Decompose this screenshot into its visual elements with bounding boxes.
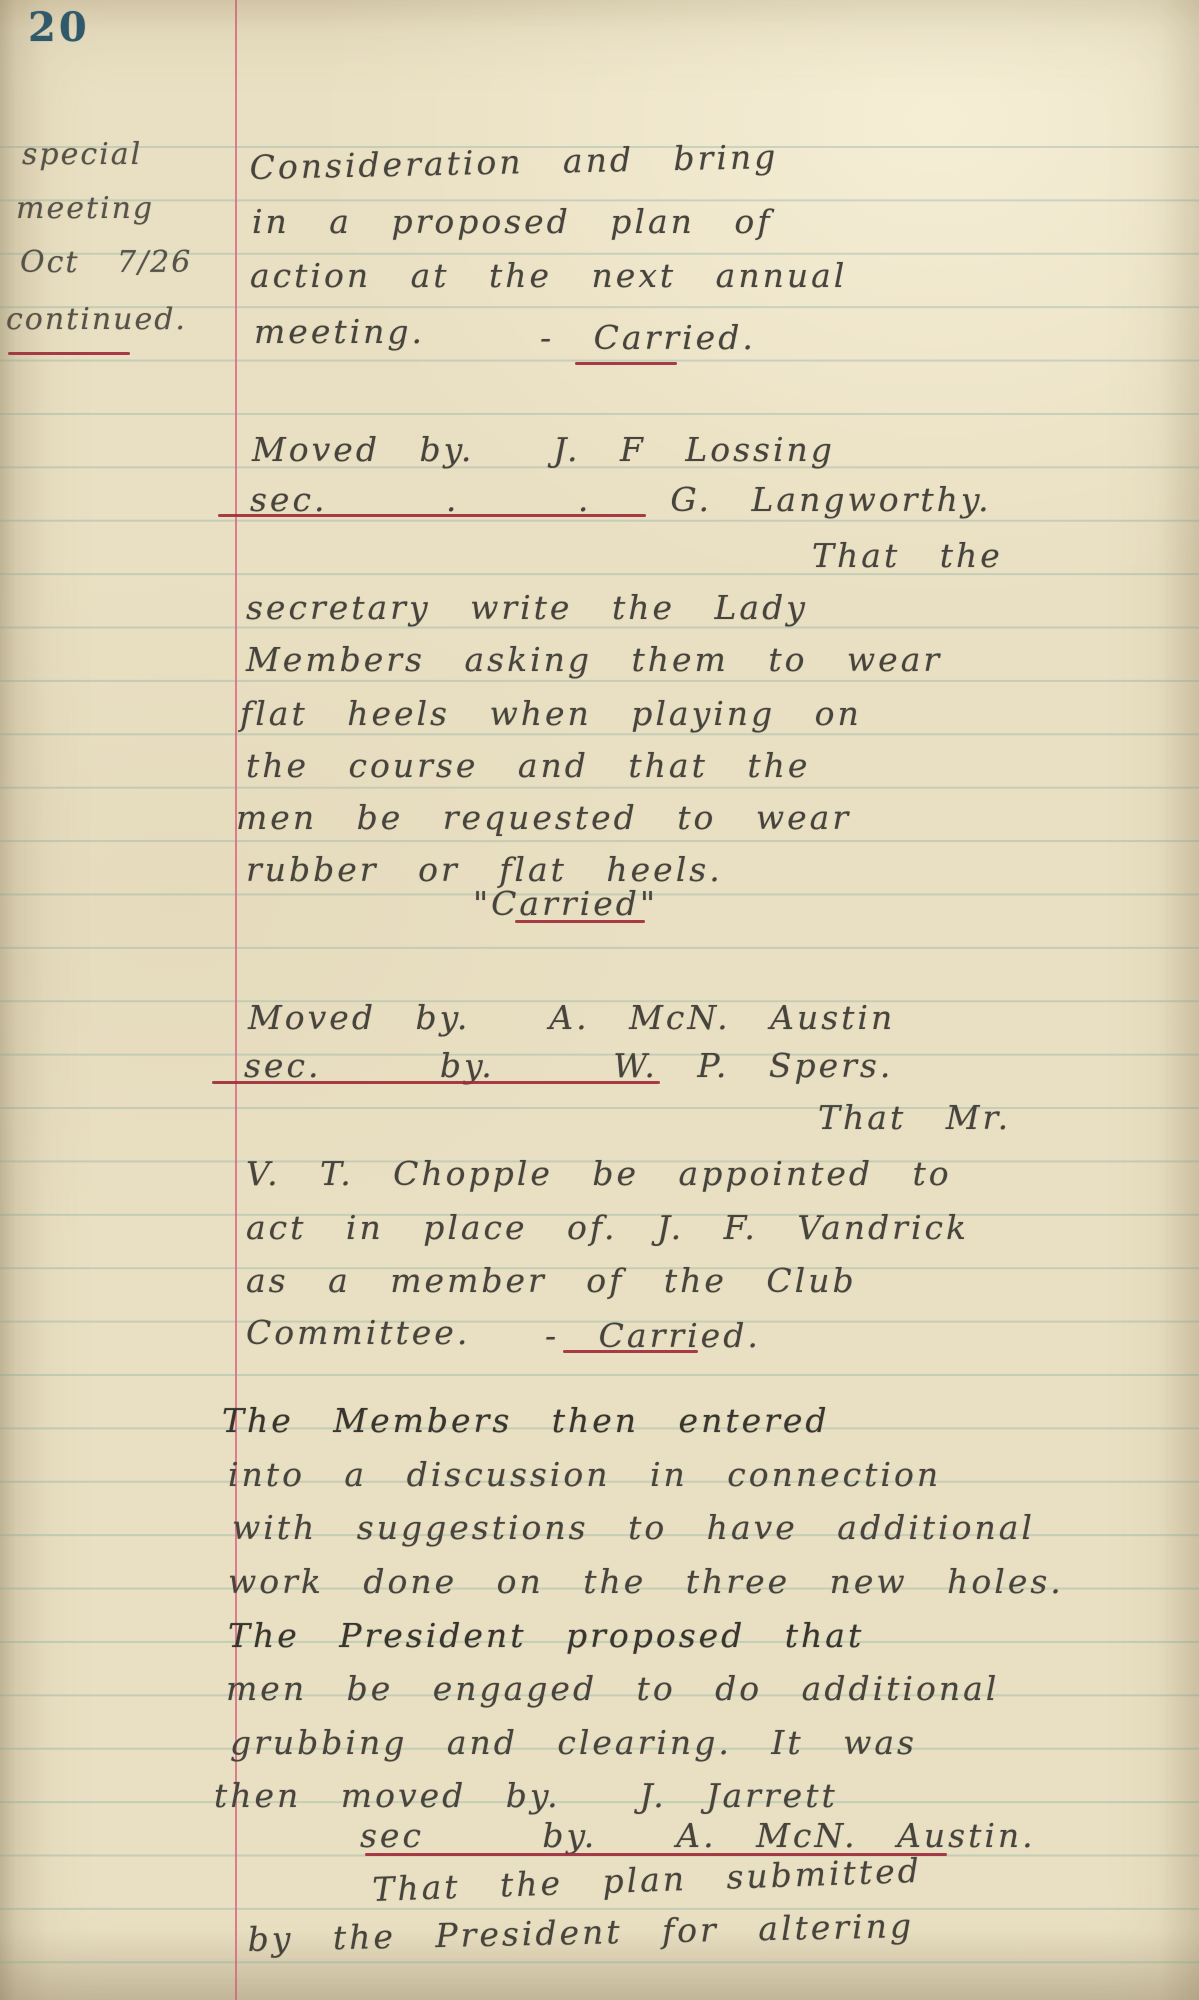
motion-result: - Carried. xyxy=(540,320,756,356)
red-underline xyxy=(218,514,646,517)
moved-by-line: Moved by. A. McN. Austin xyxy=(248,1000,895,1036)
handwritten-line: The Members then entered xyxy=(222,1403,830,1439)
red-underline xyxy=(515,920,645,923)
handwritten-line: men be requested to wear xyxy=(236,800,851,836)
handwritten-line: with suggestions to have additional xyxy=(232,1510,1035,1546)
margin-note-line: continued. xyxy=(6,303,187,336)
handwritten-line: Committee. xyxy=(246,1315,470,1351)
handwritten-line: That the plan submitted xyxy=(372,1853,923,1908)
motion-result: - Carried. xyxy=(545,1318,761,1354)
red-underline xyxy=(563,1350,698,1353)
handwritten-line: Consideration and bring xyxy=(249,139,778,186)
motion-result: "Carried" xyxy=(473,886,658,922)
handwritten-line: by the President for altering xyxy=(247,1908,914,1958)
handwritten-line: That the xyxy=(812,538,1003,574)
handwritten-line: grubbing and clearing. It was xyxy=(230,1725,917,1761)
margin-note-line: Oct 7/26 xyxy=(20,246,192,279)
red-underline xyxy=(8,352,130,355)
handwritten-line: The President proposed that xyxy=(228,1618,864,1654)
handwritten-line: the course and that the xyxy=(246,748,810,784)
ledger-page: 20 special meeting Oct 7/26 continued. C… xyxy=(0,0,1199,2000)
handwritten-line: secretary write the Lady xyxy=(246,590,808,626)
seconded-by-line: sec. . . G. Langworthy. xyxy=(250,482,992,518)
handwritten-line: men be engaged to do additional xyxy=(226,1671,999,1707)
handwritten-line: act in place of. J. F. Vandrick xyxy=(246,1210,969,1246)
moved-by-line: then moved by. J. Jarrett xyxy=(214,1778,838,1814)
handwritten-line: action at the next annual xyxy=(250,258,847,294)
margin-note-line: special xyxy=(22,138,142,171)
handwritten-line: meeting. xyxy=(254,314,425,350)
handwritten-line: Members asking them to wear xyxy=(246,642,942,678)
handwritten-line: That Mr. xyxy=(818,1100,1011,1136)
handwritten-line: rubber or flat heels. xyxy=(246,852,723,888)
handwritten-line: flat heels when playing on xyxy=(240,696,862,732)
red-underline xyxy=(575,362,677,365)
margin-note-line: meeting xyxy=(16,192,154,225)
page-number: 20 xyxy=(28,4,90,51)
handwritten-line: V. T. Chopple be appointed to xyxy=(246,1156,952,1192)
seconded-by-line: sec by. A. McN. Austin. xyxy=(360,1818,1036,1854)
red-underline xyxy=(212,1081,660,1084)
moved-by-line: Moved by. J. F Lossing xyxy=(252,432,835,468)
seconded-by-line: sec. by. W. P. Spers. xyxy=(244,1048,893,1084)
handwritten-line: as a member of the Club xyxy=(246,1263,857,1299)
handwritten-line: into a discussion in connection xyxy=(228,1457,941,1493)
handwritten-line: in a proposed plan of xyxy=(252,204,772,240)
handwritten-line: work done on the three new holes. xyxy=(228,1564,1064,1600)
